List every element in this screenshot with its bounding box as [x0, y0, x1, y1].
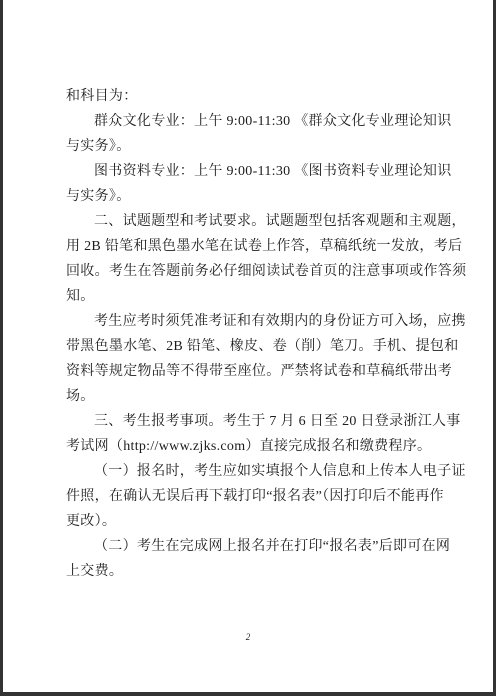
doc-line-4: 图书资料专业：上午 9:00-11:30 《图书资料专业理论知识	[66, 159, 440, 184]
doc-line-1: 和科目为：	[66, 84, 440, 109]
doc-line-20: 上交费。	[66, 559, 440, 584]
doc-line-12: 资料等规定物品等不得带至座位。严禁将试卷和草稿纸带出考	[66, 359, 440, 384]
doc-line-14: 三、考生报考事项。考生于 7 月 6 日至 20 日登录浙江人事	[66, 409, 440, 434]
doc-line-7: 用 2B 铅笔和黑色墨水笔在试卷上作答，草稿纸统一发放，考后	[66, 234, 440, 259]
doc-line-10: 考生应考时须凭准考证和有效期内的身份证方可入场，应携	[66, 309, 440, 334]
doc-line-13: 场。	[66, 384, 440, 409]
doc-line-5: 与实务》。	[66, 184, 440, 209]
doc-line-11: 带黑色墨水笔、2B 铅笔、橡皮、卷（削）笔刀。手机、提包和	[66, 334, 440, 359]
doc-line-15: 考试网（http://www.zjks.com）直接完成报名和缴费程序。	[66, 434, 440, 459]
document-body: 和科目为： 群众文化专业：上午 9:00-11:30 《群众文化专业理论知识 与…	[66, 84, 440, 584]
doc-line-2: 群众文化专业：上午 9:00-11:30 《群众文化专业理论知识	[66, 109, 440, 134]
page-number: 2	[3, 632, 493, 642]
doc-line-18: 更改）。	[66, 509, 440, 534]
doc-line-17: 件照，在确认无误后再下载打印“报名表”（因打印后不能再作	[66, 484, 440, 509]
doc-line-6: 二、试题题型和考试要求。试题题型包括客观题和主观题，	[66, 209, 440, 234]
doc-line-8: 回收。考生在答题前务必仔细阅读试卷首页的注意事项或作答须	[66, 259, 440, 284]
doc-line-19: （二）考生在完成网上报名并在打印“报名表”后即可在网	[66, 534, 440, 559]
doc-line-16: （一）报名时，考生应如实填报个人信息和上传本人电子证	[66, 459, 440, 484]
doc-line-9: 知。	[66, 284, 440, 309]
document-page: 和科目为： 群众文化专业：上午 9:00-11:30 《群众文化专业理论知识 与…	[0, 0, 496, 696]
doc-line-3: 与实务》。	[66, 134, 440, 159]
